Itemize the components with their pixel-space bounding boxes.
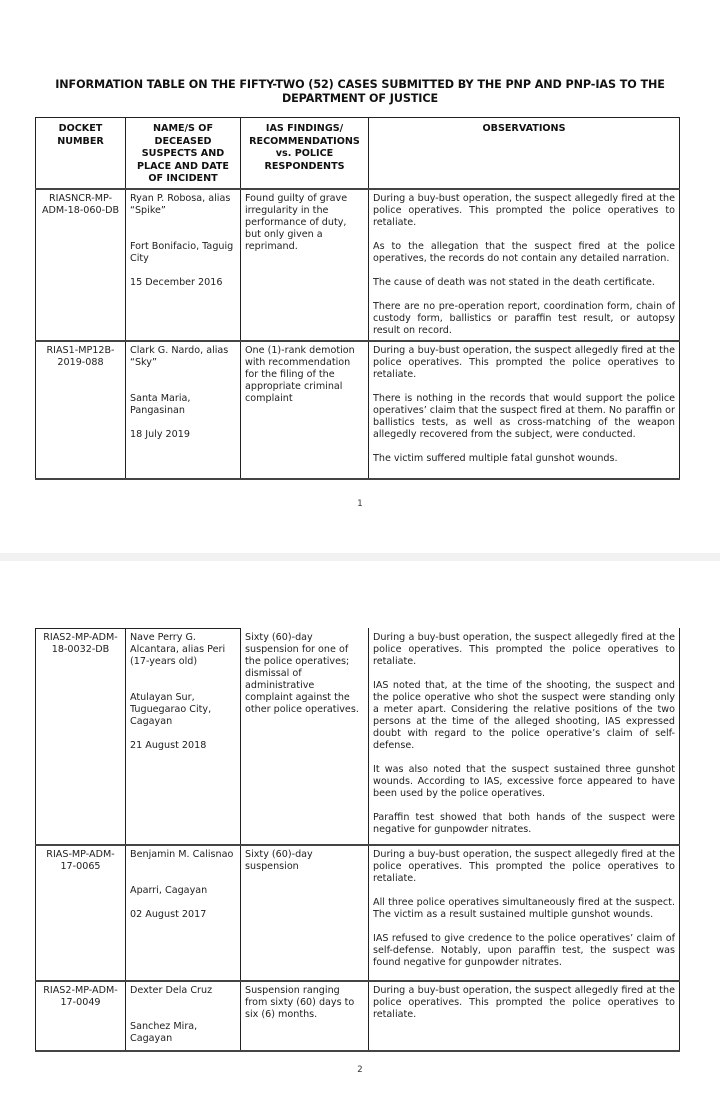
cases-table-page-1: DOCKET NUMBER NAME/S OF DECEASED SUSPECT… — [35, 117, 680, 480]
observation-paragraph: The victim suffered multiple fatal gunsh… — [373, 453, 675, 465]
header-ias-findings: IAS FINDINGS/ RECOMMENDATIONS vs. POLICE… — [241, 118, 369, 189]
observation-paragraph: Paraffin test showed that both hands of … — [373, 812, 675, 836]
observations-cell: During a buy-bust operation, the suspect… — [369, 981, 680, 1051]
document-title-line-1: INFORMATION TABLE ON THE FIFTY-TWO (52) … — [0, 78, 720, 92]
ias-finding-text: One (1)-rank demotion with recommendatio… — [245, 345, 364, 405]
observation-paragraph: During a buy-bust operation, the suspect… — [373, 193, 675, 229]
observation-paragraph: During a buy-bust operation, the suspect… — [373, 632, 675, 668]
docket-number: RIAS2-MP-ADM-17-0049 — [36, 981, 126, 1051]
observation-paragraph: As to the allegation that the suspect fi… — [373, 241, 675, 265]
document-page-1: INFORMATION TABLE ON THE FIFTY-TWO (52) … — [0, 0, 720, 553]
docket-number: RIAS1-MP12B-2019-088 — [36, 341, 126, 479]
incident-place: Aparri, Cagayan — [130, 885, 236, 897]
suspect-cell: Benjamin M. Calisnao Aparri, Cagayan 02 … — [126, 845, 241, 981]
suspect-name: Benjamin M. Calisnao — [130, 849, 236, 861]
incident-date: 15 December 2016 — [130, 277, 236, 289]
suspect-cell: Clark G. Nardo, alias “Sky” Santa Maria,… — [126, 341, 241, 479]
suspect-cell: Ryan P. Robosa, alias “Spike” Fort Bonif… — [126, 189, 241, 341]
header-observations: OBSERVATIONS — [369, 118, 680, 189]
ias-finding: One (1)-rank demotion with recommendatio… — [241, 341, 369, 479]
suspect-name: Nave Perry G. Alcantara, alias Peri (17-… — [130, 632, 236, 668]
observations-cell: During a buy-bust operation, the suspect… — [369, 629, 680, 845]
ias-finding-text: Sixty (60)-day suspension — [245, 849, 364, 873]
document-title-line-2: DEPARTMENT OF JUSTICE — [0, 92, 720, 106]
ias-finding-text: Found guilty of grave irregularity in th… — [245, 193, 364, 253]
observations-cell: During a buy-bust operation, the suspect… — [369, 845, 680, 981]
observation-paragraph: The cause of death was not stated in the… — [373, 277, 675, 289]
incident-place: Sanchez Mira, Cagayan — [130, 1021, 236, 1045]
incident-place: Santa Maria, Pangasinan — [130, 393, 236, 417]
observations-cell: During a buy-bust operation, the suspect… — [369, 341, 680, 479]
table-row: RIAS2-MP-ADM-17-0049 Dexter Dela Cruz Sa… — [36, 981, 680, 1051]
docket-number: RIAS-MP-ADM-17-0065 — [36, 845, 126, 981]
incident-place: Atulayan Sur, Tuguegarao City, Cagayan — [130, 692, 236, 728]
incident-date: 02 August 2017 — [130, 909, 236, 921]
observation-paragraph: It was also noted that the suspect susta… — [373, 764, 675, 800]
table-row: RIAS-MP-ADM-17-0065 Benjamin M. Calisnao… — [36, 845, 680, 981]
observation-paragraph: All three police operatives simultaneous… — [373, 897, 675, 921]
observation-paragraph: There is nothing in the records that wou… — [373, 393, 675, 441]
ias-finding: Sixty (60)-day suspension — [241, 845, 369, 981]
page-number: 2 — [0, 1065, 720, 1075]
ias-finding-text: Suspension ranging from sixty (60) days … — [245, 985, 364, 1021]
incident-date: 18 July 2019 — [130, 429, 236, 441]
suspect-name: Clark G. Nardo, alias “Sky” — [130, 345, 236, 369]
observations-cell: During a buy-bust operation, the suspect… — [369, 189, 680, 341]
document-title: INFORMATION TABLE ON THE FIFTY-TWO (52) … — [0, 78, 720, 106]
table-row: RIAS2-MP-ADM-18-0032-DB Nave Perry G. Al… — [36, 629, 680, 845]
header-docket-number: DOCKET NUMBER — [36, 118, 126, 189]
suspect-cell: Dexter Dela Cruz Sanchez Mira, Cagayan — [126, 981, 241, 1051]
page-separator — [0, 553, 720, 561]
cases-table-page-2: RIAS2-MP-ADM-18-0032-DB Nave Perry G. Al… — [35, 628, 680, 1052]
observation-paragraph: During a buy-bust operation, the suspect… — [373, 345, 675, 381]
observation-paragraph: During a buy-bust operation, the suspect… — [373, 849, 675, 885]
ias-finding: Suspension ranging from sixty (60) days … — [241, 981, 369, 1051]
observation-paragraph: IAS refused to give credence to the poli… — [373, 933, 675, 969]
ias-finding-text: Sixty (60)-day suspension for one of the… — [245, 632, 364, 716]
observation-paragraph: IAS noted that, at the time of the shoot… — [373, 680, 675, 752]
incident-place: Fort Bonifacio, Taguig City — [130, 241, 236, 265]
observation-paragraph: There are no pre-operation report, coord… — [373, 301, 675, 337]
ias-finding: Found guilty of grave irregularity in th… — [241, 189, 369, 341]
docket-number: RIASNCR-MP-ADM-18-060-DB — [36, 189, 126, 341]
table-row: RIAS1-MP12B-2019-088 Clark G. Nardo, ali… — [36, 341, 680, 479]
header-deceased-suspects: NAME/S OF DECEASED SUSPECTS AND PLACE AN… — [126, 118, 241, 189]
suspect-name: Dexter Dela Cruz — [130, 985, 236, 997]
table-row: RIASNCR-MP-ADM-18-060-DB Ryan P. Robosa,… — [36, 189, 680, 341]
table-header-row: DOCKET NUMBER NAME/S OF DECEASED SUSPECT… — [36, 118, 680, 189]
page-number: 1 — [0, 499, 720, 509]
suspect-cell: Nave Perry G. Alcantara, alias Peri (17-… — [126, 629, 241, 845]
docket-number: RIAS2-MP-ADM-18-0032-DB — [36, 629, 126, 845]
observation-paragraph: During a buy-bust operation, the suspect… — [373, 985, 675, 1021]
document-page-2: RIAS2-MP-ADM-18-0032-DB Nave Perry G. Al… — [0, 561, 720, 1103]
suspect-name: Ryan P. Robosa, alias “Spike” — [130, 193, 236, 217]
ias-finding: Sixty (60)-day suspension for one of the… — [241, 629, 369, 845]
incident-date: 21 August 2018 — [130, 740, 236, 752]
